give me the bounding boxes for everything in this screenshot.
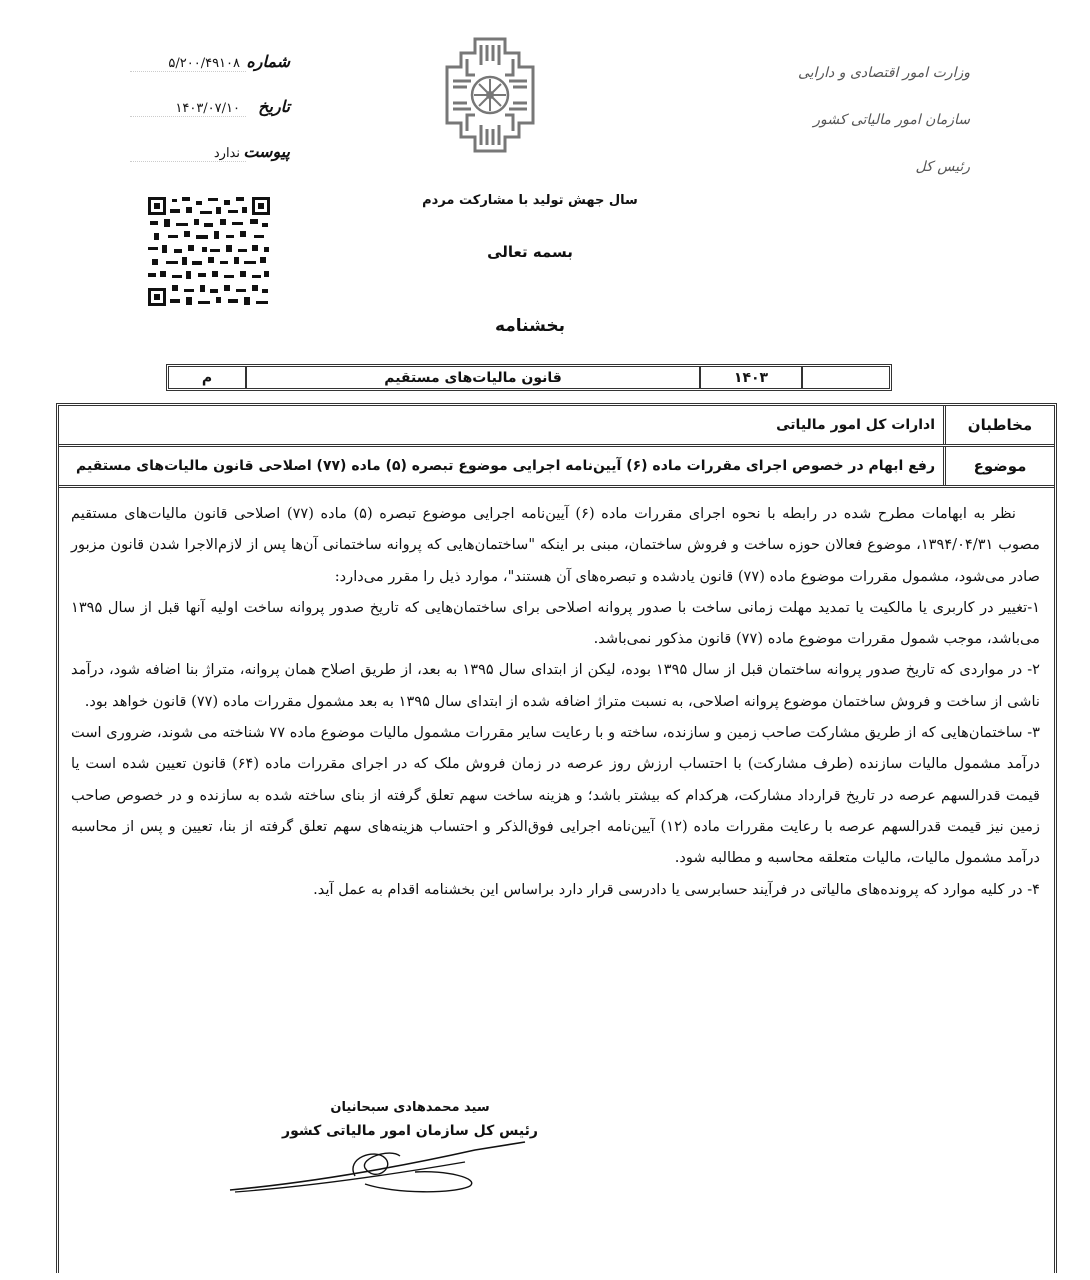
subject-value: رفع ابهام در خصوص اجرای مقررات ماده (۶) … [59, 447, 943, 485]
letter-number-value: ۵/۲۰۰/۴۹۱۰۸ [130, 56, 246, 72]
circular-frame: مخاطبان ادارات کل امور مالیاتی موضوع رفع… [56, 403, 1057, 1273]
handwritten-signature-icon [225, 1128, 545, 1198]
addressees-label: مخاطبان [943, 406, 1054, 444]
year-slogan: سال جهش تولید با مشارکت مردم [380, 193, 680, 208]
body-item-4: ۴- در کلیه موارد که پرونده‌های مالیاتی د… [71, 874, 1040, 905]
body-intro: نظر به ابهامات مطرح شده در رابطه با نحوه… [71, 498, 1040, 592]
ministry-line-3: رئیس کل [790, 144, 970, 191]
body-item-2: ۲- در مواردی که تاریخ صدور پروانه ساختما… [71, 654, 1040, 717]
category-cell-year: ۱۴۰۳ [699, 367, 801, 388]
letter-date-label: تاریخ [246, 97, 290, 116]
tax-organization-logo-icon [445, 35, 535, 155]
letter-date-row: تاریخ ۱۴۰۳/۰۷/۱۰ [130, 97, 290, 142]
attachment-row: پیوست ندارد [130, 142, 290, 187]
subject-label: موضوع [943, 447, 1054, 485]
document-type-title: بخشنامه [380, 316, 680, 336]
category-bar: ۱۴۰۳ قانون مالیات‌های مستقیم م [166, 364, 892, 391]
addressees-value: ادارات کل امور مالیاتی [59, 406, 943, 444]
category-cell-code: م [169, 367, 245, 388]
ministry-line-1: وزارت امور اقتصادی و دارایی [790, 50, 970, 97]
ministry-letterhead: وزارت امور اقتصادی و دارایی سازمان امور … [790, 50, 970, 191]
letter-meta: شماره ۵/۲۰۰/۴۹۱۰۸ تاریخ ۱۴۰۳/۰۷/۱۰ پیوست… [130, 52, 290, 187]
category-cell-law: قانون مالیات‌های مستقیم [245, 367, 699, 388]
ministry-line-2: سازمان امور مالیاتی کشور [790, 97, 970, 144]
attachment-label: پیوست [246, 142, 290, 161]
addressees-row: مخاطبان ادارات کل امور مالیاتی [59, 406, 1054, 447]
letter-date-value: ۱۴۰۳/۰۷/۱۰ [130, 101, 246, 117]
attachment-value: ندارد [130, 146, 246, 162]
circular-body: نظر به ابهامات مطرح شده در رابطه با نحوه… [71, 498, 1040, 905]
letter-number-label: شماره [246, 52, 290, 71]
body-item-3: ۳- ساختمان‌هایی که از طریق مشارکت صاحب ز… [71, 717, 1040, 873]
body-item-1: ۱-تغییر در کاربری یا مالکیت یا تمدید مهل… [71, 592, 1040, 655]
subject-row: موضوع رفع ابهام در خصوص اجرای مقررات ماد… [59, 447, 1054, 488]
letter-number-row: شماره ۵/۲۰۰/۴۹۱۰۸ [130, 52, 290, 97]
qr-code-icon [146, 195, 272, 308]
category-cell-blank [801, 367, 889, 388]
bismillah-heading: بسمه تعالی [380, 243, 680, 261]
signatory-name: سید محمدهادی سبحانیان [240, 1100, 580, 1115]
